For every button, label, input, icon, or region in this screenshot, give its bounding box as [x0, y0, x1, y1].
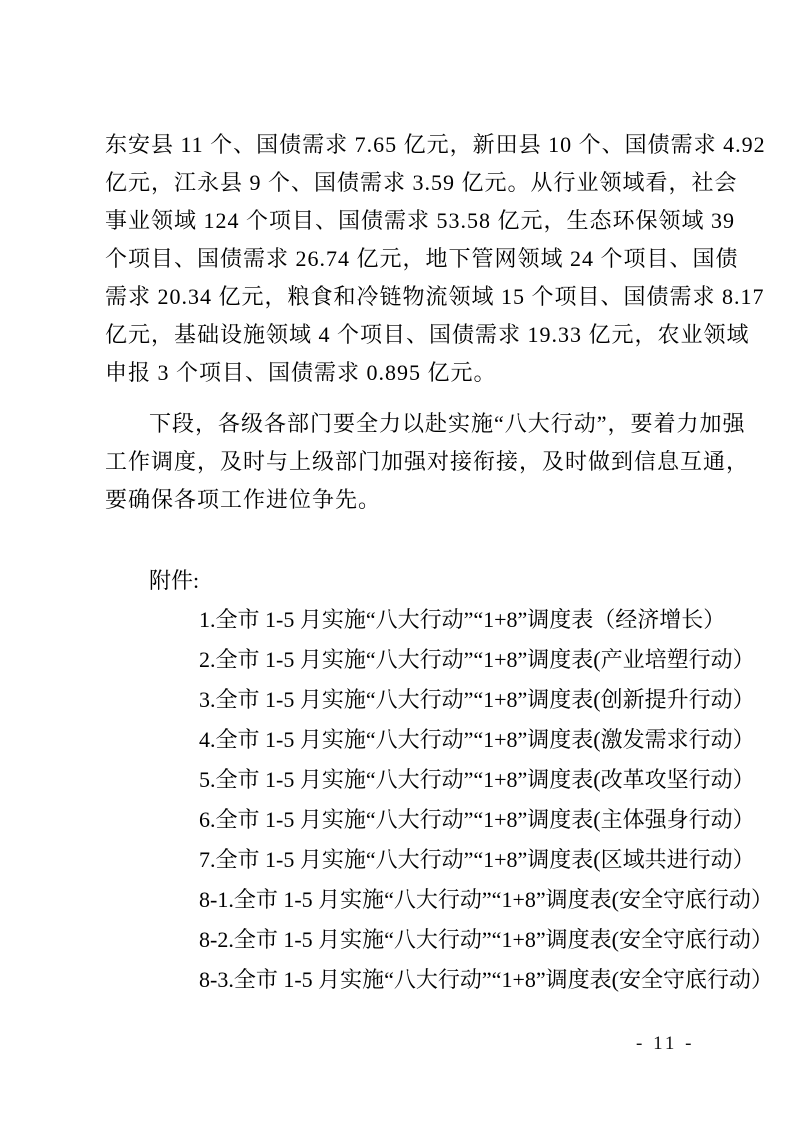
- attachment-item-6: 6.全市 1-5 月实施“八大行动”“1+8”调度表(主体强身行动）: [199, 800, 689, 840]
- paragraph-next-steps: 下段，各级各部门要全力以赴实施“八大行动”，要着力加强 工作调度，及时与上级部门…: [105, 405, 689, 519]
- attachment-item-8-2: 8-2.全市 1-5 月实施“八大行动”“1+8”调度表(安全守底行动）: [199, 920, 689, 960]
- attachment-item-3: 3.全市 1-5 月实施“八大行动”“1+8”调度表(创新提升行动）: [199, 680, 689, 720]
- paragraph-line: 东安县 11 个、国债需求 7.65 亿元，新田县 10 个、国债需求 4.92: [105, 126, 689, 164]
- attachments-list: 1.全市 1-5 月实施“八大行动”“1+8”调度表（经济增长） 2.全市 1-…: [105, 600, 689, 1000]
- paragraph-line: 需求 20.34 亿元，粮食和冷链物流领域 15 个项目、国债需求 8.17: [105, 278, 689, 316]
- attachment-item-1: 1.全市 1-5 月实施“八大行动”“1+8”调度表（经济增长）: [199, 600, 689, 640]
- attachment-item-2: 2.全市 1-5 月实施“八大行动”“1+8”调度表(产业培塑行动）: [199, 640, 689, 680]
- document-body: 东安县 11 个、国债需求 7.65 亿元，新田县 10 个、国债需求 4.92…: [105, 126, 689, 1000]
- attachments-label: 附件:: [105, 562, 689, 600]
- attachment-item-5: 5.全市 1-5 月实施“八大行动”“1+8”调度表(改革攻坚行动）: [199, 760, 689, 800]
- attachment-item-8-1: 8-1.全市 1-5 月实施“八大行动”“1+8”调度表(安全守底行动）: [199, 880, 689, 920]
- paragraph-line: 个项目、国债需求 26.74 亿元，地下管网领域 24 个项目、国债: [105, 240, 689, 278]
- page-number: - 11 -: [636, 1033, 694, 1055]
- attachment-item-4: 4.全市 1-5 月实施“八大行动”“1+8”调度表(激发需求行动）: [199, 720, 689, 760]
- paragraph-line: 工作调度，及时与上级部门加强对接衔接，及时做到信息互通，: [105, 443, 689, 481]
- document-page: 东安县 11 个、国债需求 7.65 亿元，新田县 10 个、国债需求 4.92…: [0, 0, 793, 1122]
- attachment-item-8-3: 8-3.全市 1-5 月实施“八大行动”“1+8”调度表(安全守底行动）: [199, 960, 689, 1000]
- paragraph-line: 亿元，基础设施领域 4 个项目、国债需求 19.33 亿元，农业领域: [105, 316, 689, 354]
- paragraph-line: 下段，各级各部门要全力以赴实施“八大行动”，要着力加强: [105, 405, 689, 443]
- paragraph-line: 要确保各项工作进位争先。: [105, 481, 689, 519]
- paragraph-line: 申报 3 个项目、国债需求 0.895 亿元。: [105, 354, 689, 392]
- paragraph-line: 亿元，江永县 9 个、国债需求 3.59 亿元。从行业领域看，社会: [105, 164, 689, 202]
- paragraph-line: 事业领域 124 个项目、国债需求 53.58 亿元，生态环保领域 39: [105, 202, 689, 240]
- paragraph-bond-demand: 东安县 11 个、国债需求 7.65 亿元，新田县 10 个、国债需求 4.92…: [105, 126, 689, 392]
- attachment-item-7: 7.全市 1-5 月实施“八大行动”“1+8”调度表(区域共进行动）: [199, 840, 689, 880]
